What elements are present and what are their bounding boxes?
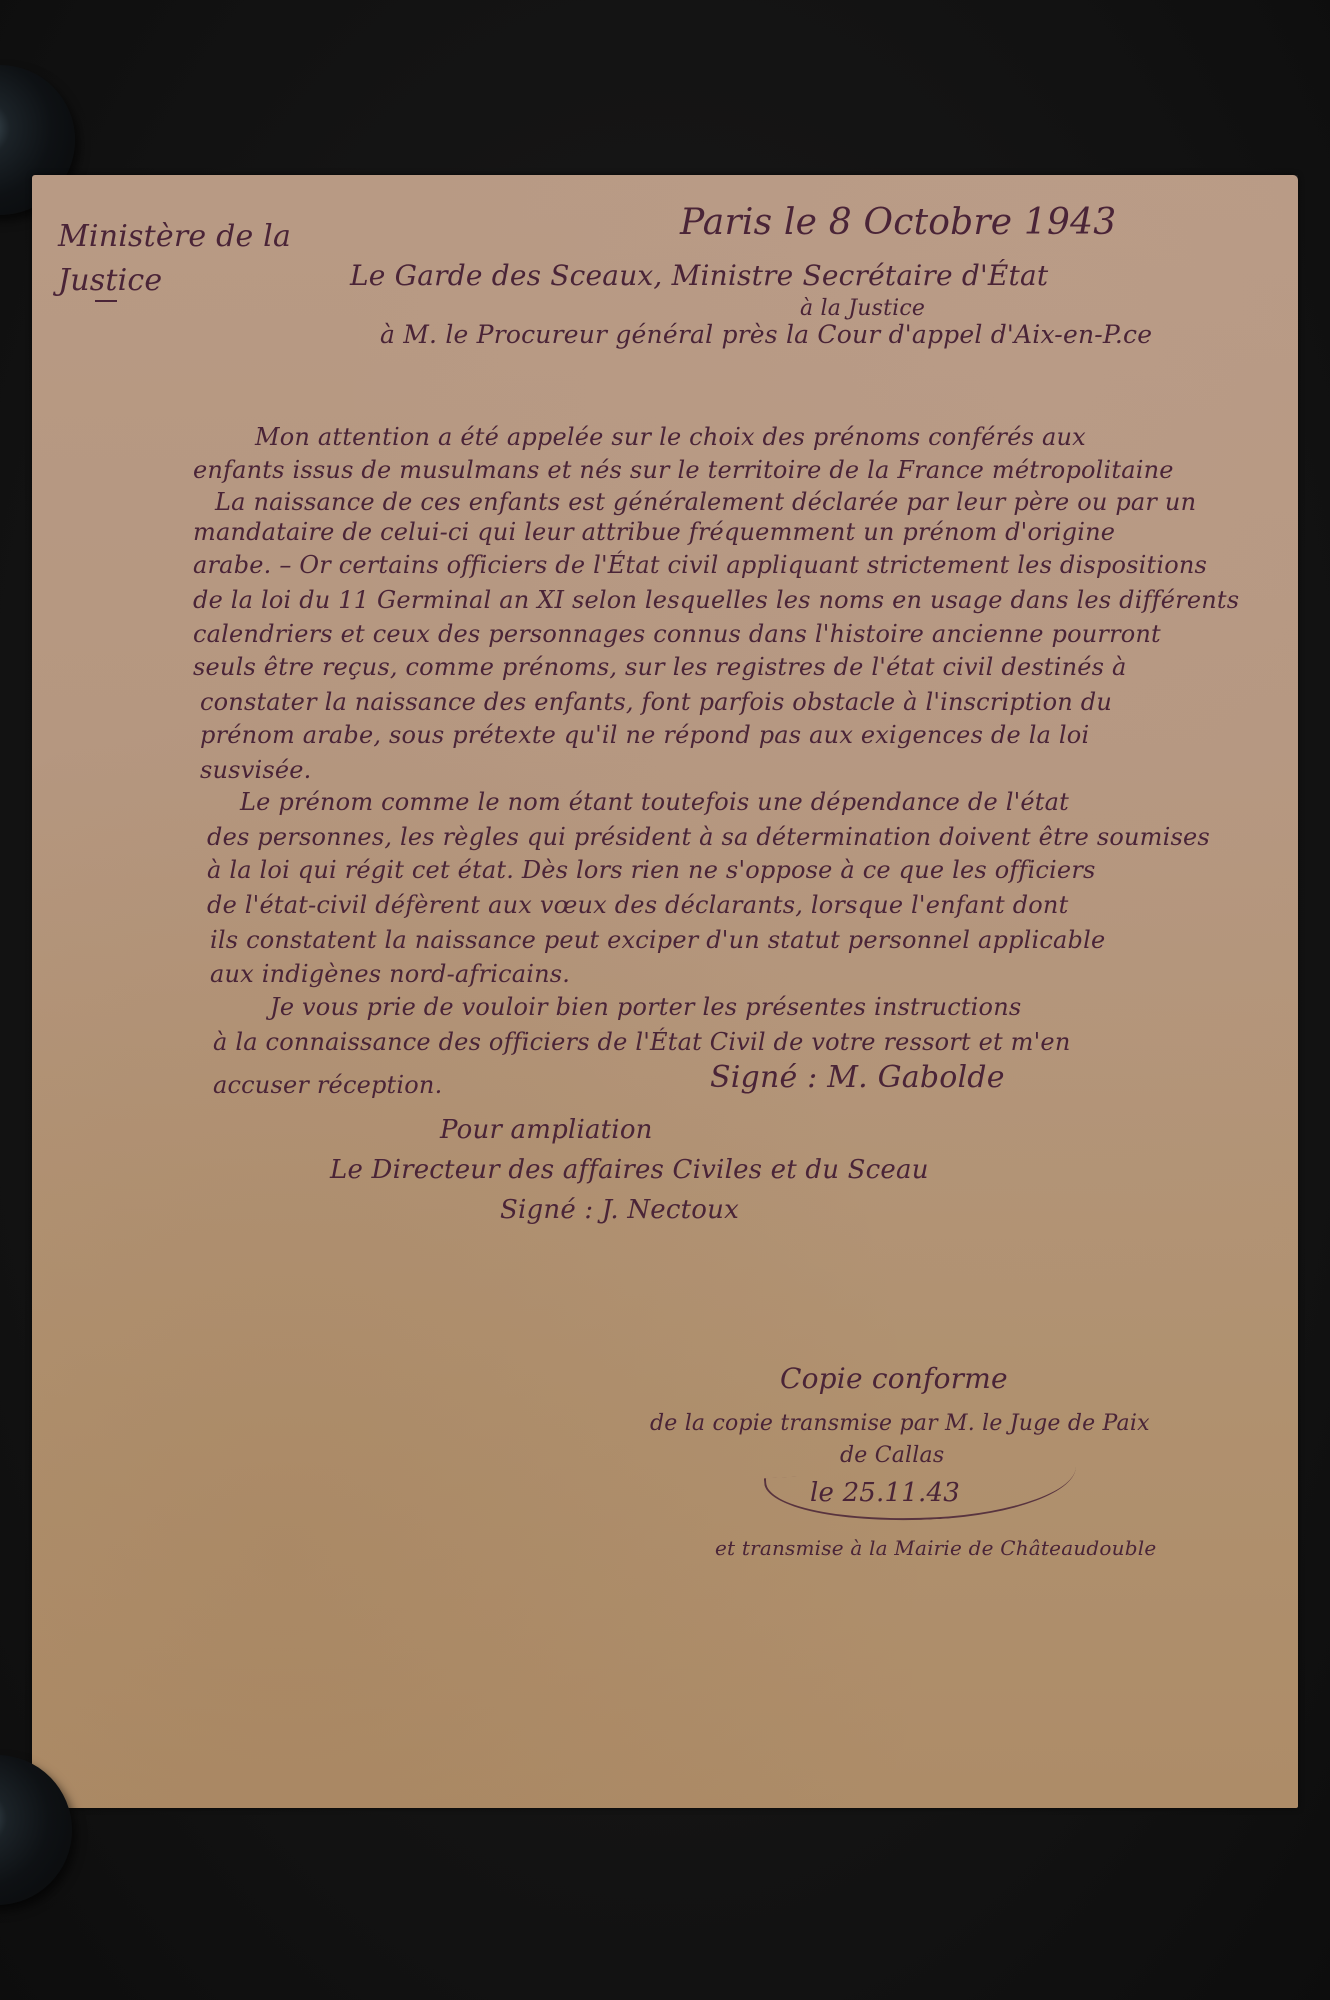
sender-line: Le Garde des Sceaux, Ministre Secrétaire… — [350, 262, 1048, 290]
body-line: calendriers et ceux des personnages conn… — [193, 622, 1161, 646]
director-title: Le Directeur des affaires Civiles et du … — [330, 1157, 929, 1183]
sender-insert: à la Justice — [800, 298, 925, 320]
body-line: ils constatent la naissance peut exciper… — [210, 928, 1105, 952]
signature-gabolde: Signé : M. Gabolde — [710, 1063, 1005, 1093]
recipient-line: à M. le Procureur général près la Cour d… — [380, 322, 1152, 347]
body-line: prénom arabe, sous prétexte qu'il ne rép… — [200, 723, 1089, 747]
body-line: à la loi qui régit cet état. Dès lors ri… — [207, 858, 1096, 882]
copy-date: le 25.11.43 — [810, 1480, 960, 1506]
body-line: seuls être reçus, comme prénoms, sur les… — [193, 655, 1126, 679]
body-line: aux indigènes nord-africains. — [210, 962, 570, 986]
letter-sheet — [32, 175, 1298, 1808]
body-line: susvisée. — [200, 758, 311, 782]
body-line: Le prénom comme le nom étant toutefois u… — [240, 790, 1069, 814]
body-line: Mon attention a été appelée sur le choix… — [255, 425, 1086, 449]
copy-source-line: de la copie transmise par M. le Juge de … — [650, 1413, 1150, 1435]
body-line: constater la naissance des enfants, font… — [200, 690, 1112, 714]
transmission-note: et transmise à la Mairie de Châteaudoubl… — [715, 1538, 1156, 1558]
body-line: arabe. – Or certains officiers de l'État… — [193, 553, 1207, 577]
body-line: à la connaissance des officiers de l'Éta… — [213, 1030, 1071, 1054]
body-line: accuser réception. — [213, 1073, 442, 1097]
copy-conforme-title: Copie conforme — [780, 1365, 1008, 1393]
body-line: La naissance de ces enfants est générale… — [215, 490, 1196, 514]
body-line: de la loi du 11 Germinal an XI selon les… — [193, 588, 1239, 612]
copy-place: de Callas — [840, 1445, 944, 1467]
ampliation-label: Pour ampliation — [440, 1117, 653, 1143]
body-line: des personnes, les règles qui président … — [207, 825, 1210, 849]
body-line: de l'état-civil défèrent aux vœux des dé… — [207, 893, 1068, 917]
body-line: mandataire de celui-ci qui leur attribue… — [193, 520, 1115, 544]
body-line: enfants issus de musulmans et nés sur le… — [193, 458, 1174, 482]
place-date: Paris le 8 Octobre 1943 — [680, 205, 1116, 241]
signature-nectoux: Signé : J. Nectoux — [500, 1197, 739, 1223]
underline-mark — [95, 300, 117, 302]
ministry-header: Ministère de la Justice — [58, 215, 291, 303]
body-line: Je vous prie de vouloir bien porter les … — [270, 995, 1021, 1019]
